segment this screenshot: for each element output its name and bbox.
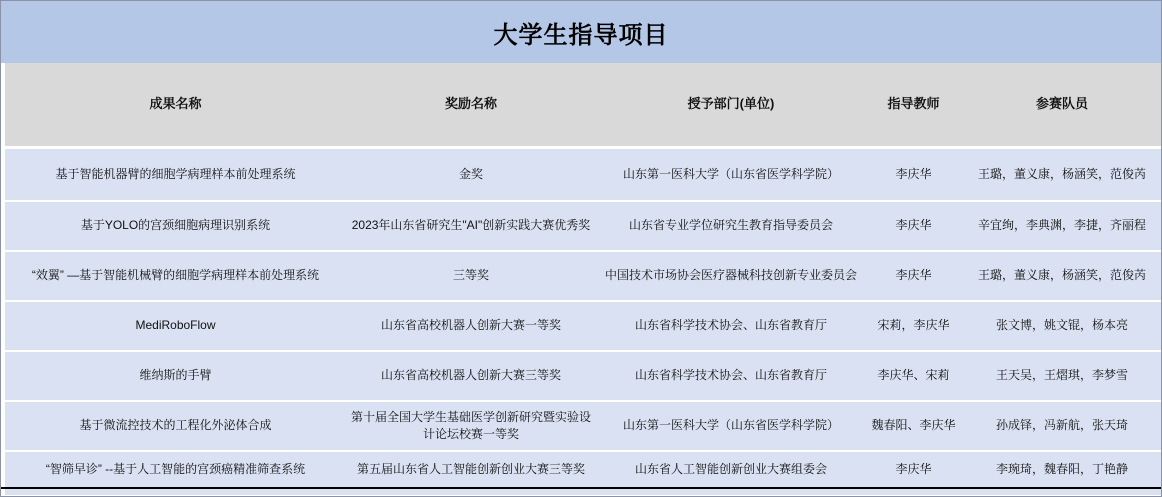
table-row: 基于智能机器臂的细胞学病理样本前处理系统 金奖 山东第一医科大学（山东省医学科学… <box>1 149 1161 200</box>
cell-department: 山东省专业学位研究生教育指导委员会 <box>596 202 866 250</box>
cell-award: 山东省高校机器人创新大赛一等奖 <box>346 302 596 350</box>
cell-award: 2023年山东省研究生"AI"创新实践大赛优秀奖 <box>346 202 596 250</box>
table-row: 维纳斯的手臂 山东省高校机器人创新大赛三等奖 山东省科学技术协会、山东省教育厅 … <box>1 352 1161 400</box>
cell-members: 李琬琦，魏春阳，丁艳静 <box>961 452 1162 487</box>
cell-achievement: “效翼” —基于智能机械臂的细胞学病理样本前处理系统 <box>5 252 346 300</box>
cell-achievement: 基于智能机器臂的细胞学病理样本前处理系统 <box>5 149 346 200</box>
cell-department: 山东第一医科大学（山东省医学科学院） <box>596 149 866 200</box>
cell-award: 三等奖 <box>346 252 596 300</box>
cell-award: 山东省高校机器人创新大赛三等奖 <box>346 352 596 400</box>
title-bar: 大学生指导项目 <box>1 1 1161 63</box>
guidance-projects-report: 大学生指导项目 成果名称 奖励名称 授予部门(单位) 指导教师 参赛队员 基于智… <box>0 0 1162 497</box>
cell-department: 山东第一医科大学（山东省医学科学院） <box>596 402 866 450</box>
col-header-members: 参赛队员 <box>961 63 1162 146</box>
table-row: “效翼” —基于智能机械臂的细胞学病理样本前处理系统 三等奖 中国技术市场协会医… <box>1 252 1161 300</box>
cell-members: 孙成铎，冯新航，张天琦 <box>961 402 1162 450</box>
table-row: 基于YOLO的宫颈细胞病理识别系统 2023年山东省研究生"AI"创新实践大赛优… <box>1 202 1161 250</box>
cell-award: 第十届全国大学生基础医学创新研究暨实验设计论坛校赛一等奖 <box>346 402 596 450</box>
page-title: 大学生指导项目 <box>494 15 669 50</box>
col-header-award: 奖励名称 <box>346 63 596 146</box>
cell-achievement: “智筛早诊” --基于人工智能的宫颈癌精准筛查系统 <box>5 452 346 487</box>
cell-members: 王璐，董义康，杨涵笑，范俊芮 <box>961 252 1162 300</box>
cell-advisor: 李庆华 <box>866 202 961 250</box>
cell-department: 山东省人工智能创新创业大赛组委会 <box>596 452 866 487</box>
cell-members: 王天吴，王熠琪，李梦雪 <box>961 352 1162 400</box>
cell-members: 辛宜绚，李典渊，李捷，齐丽程 <box>961 202 1162 250</box>
cell-advisor: 魏春阳、李庆华 <box>866 402 961 450</box>
col-header-achievement: 成果名称 <box>5 63 346 146</box>
cell-members: 张文博，姚文锟，杨本亮 <box>961 302 1162 350</box>
cell-advisor: 李庆华 <box>866 452 961 487</box>
cell-department: 山东省科学技术协会、山东省教育厅 <box>596 352 866 400</box>
cell-award: 金奖 <box>346 149 596 200</box>
cell-achievement: 基于微流控技术的工程化外泌体合成 <box>5 402 346 450</box>
col-header-department: 授予部门(单位) <box>596 63 866 146</box>
cell-achievement: 维纳斯的手臂 <box>5 352 346 400</box>
cell-members: 王璐，董义康，杨涵笑，范俊芮 <box>961 149 1162 200</box>
cell-advisor: 李庆华 <box>866 149 961 200</box>
table-row: 基于微流控技术的工程化外泌体合成 第十届全国大学生基础医学创新研究暨实验设计论坛… <box>1 402 1161 450</box>
cell-award: 第五届山东省人工智能创新创业大赛三等奖 <box>346 452 596 487</box>
cell-department: 山东省科学技术协会、山东省教育厅 <box>596 302 866 350</box>
cell-department: 中国技术市场协会医疗器械科技创新专业委员会 <box>596 252 866 300</box>
table-header-row: 成果名称 奖励名称 授予部门(单位) 指导教师 参赛队员 <box>1 63 1161 149</box>
cell-advisor: 李庆华、宋莉 <box>866 352 961 400</box>
cell-achievement: 基于YOLO的宫颈细胞病理识别系统 <box>5 202 346 250</box>
cell-advisor: 李庆华 <box>866 252 961 300</box>
col-header-advisor: 指导教师 <box>866 63 961 146</box>
cell-achievement: MediRoboFlow <box>5 302 346 350</box>
table-row: “智筛早诊” --基于人工智能的宫颈癌精准筛查系统 第五届山东省人工智能创新创业… <box>1 452 1161 487</box>
footer-strip <box>1 489 1161 495</box>
table-row: MediRoboFlow 山东省高校机器人创新大赛一等奖 山东省科学技术协会、山… <box>1 302 1161 350</box>
cell-advisor: 宋莉，李庆华 <box>866 302 961 350</box>
